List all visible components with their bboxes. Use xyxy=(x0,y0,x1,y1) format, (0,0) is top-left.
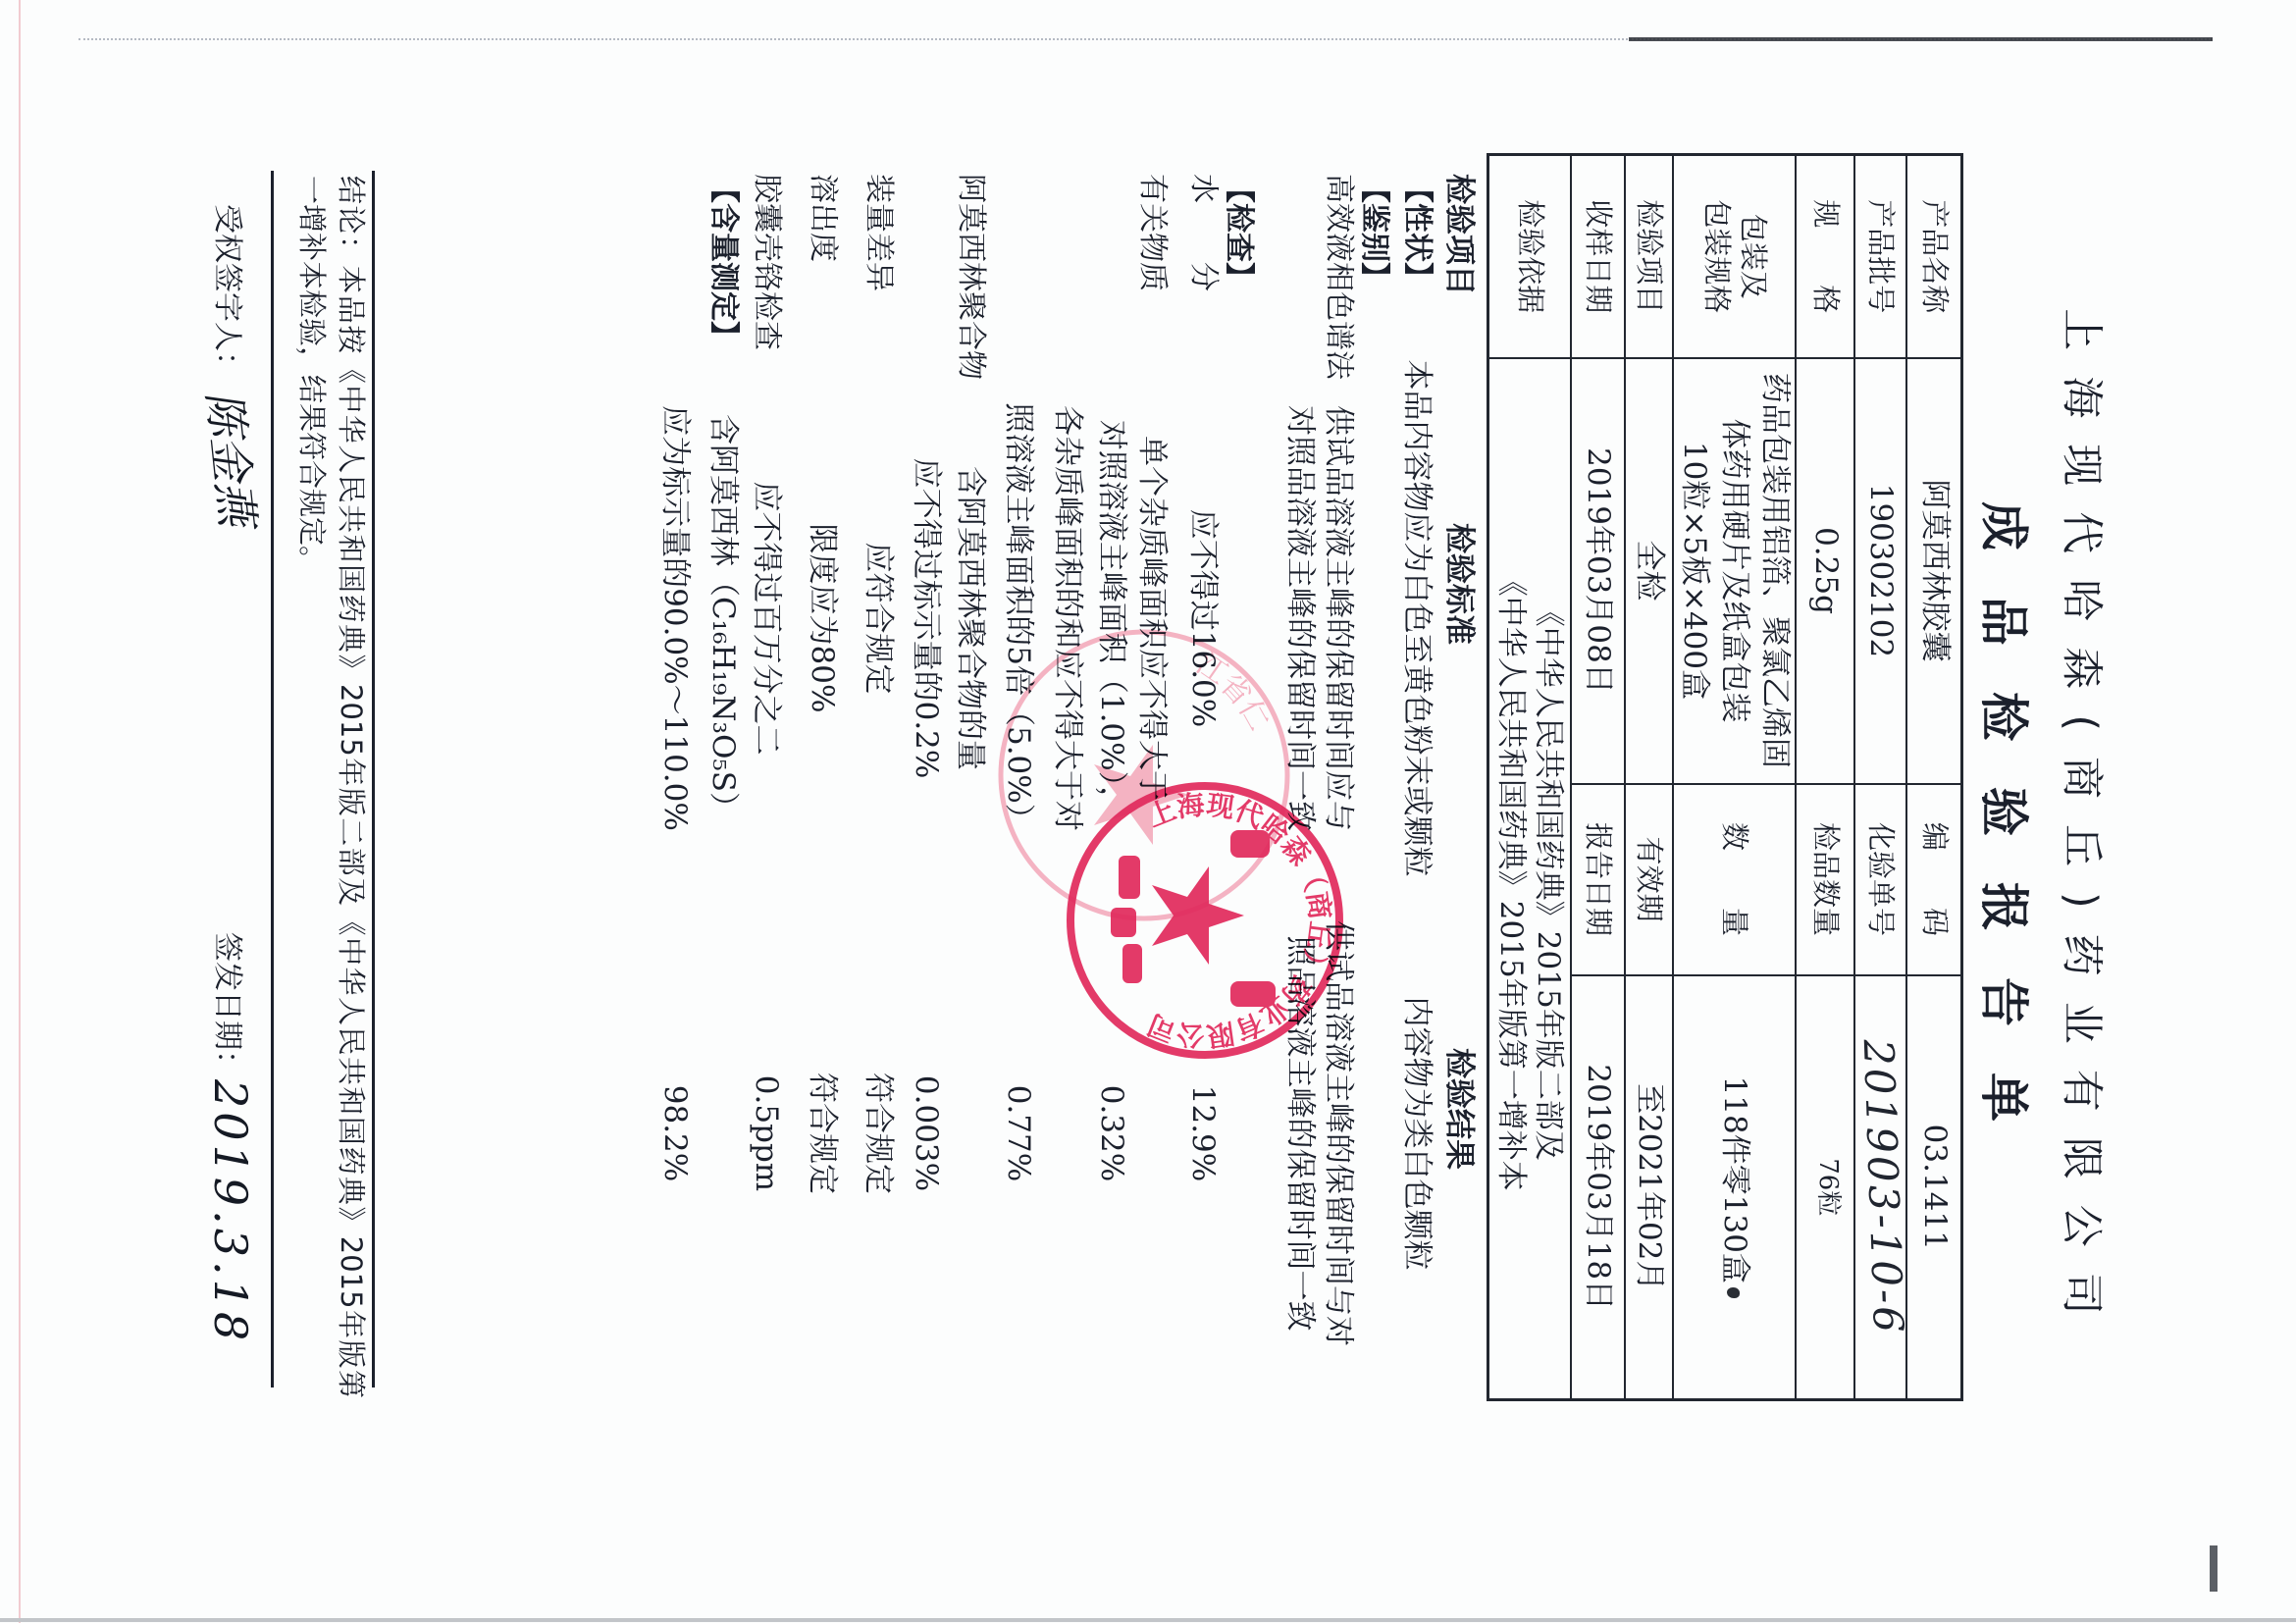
result-text: 供试品溶液主峰的保留时间与对 xyxy=(1321,913,1356,1354)
info-row-basis: 检验依据 《中华人民共和国药典》2015年版二部及 《中华人民共和国药典》201… xyxy=(1488,155,1572,1400)
label-quantity: 数 量 xyxy=(1674,784,1797,975)
value-quantity: 118件零130盒 xyxy=(1718,1076,1753,1283)
value-sample-date: 2019年03月08日 xyxy=(1572,358,1626,784)
value-batch-no: 190302102 xyxy=(1855,358,1907,784)
standard-text: 应不得过16.0% xyxy=(1185,353,1221,883)
inspection-line: 胶囊壳铬检查 应不得过百万分之二 0.5ppm xyxy=(749,0,784,1623)
info-row-packaging: 包装及 包装规格 药品包装用铝箔、聚氯乙烯固 体药用硬片及纸盒包装 10粒×5板… xyxy=(1674,155,1797,1400)
standard-text: 含阿莫西林聚合物的量 xyxy=(953,353,988,883)
label-sample-date: 收样日期 xyxy=(1572,155,1626,358)
label-product-name: 产品名称 xyxy=(1907,155,1962,358)
conclusion-rule-top xyxy=(372,171,375,1387)
inspection-line: 各杂质峰面积的和应不得大于对 xyxy=(1050,0,1085,1623)
result-text: 符合规定 xyxy=(861,913,896,1354)
item-hplc: 高效液相色谱法 xyxy=(1321,174,1356,380)
value-packaging: 药品包装用铝箔、聚氯乙烯固 体药用硬片及纸盒包装 10粒×5板×400盒 xyxy=(1674,358,1797,784)
standard-text: 本品内容物应为白色至黄色粉末或颗粒 xyxy=(1399,353,1435,883)
label-batch-no: 产品批号 xyxy=(1855,155,1907,358)
inspection-line: 应为标示量的90.0%～110.0% 98.2% xyxy=(657,0,693,1623)
info-row-spec: 规 格 0.25g 检品数量 76粒 xyxy=(1797,155,1855,1400)
result-text: 0.003% xyxy=(909,913,944,1354)
item-appearance: 【性状】 xyxy=(1399,174,1435,291)
product-info-table: 产品名称 阿莫西林胶囊 编 码 03.1411 产品批号 190302102 化… xyxy=(1487,153,1963,1401)
standard-text: 应符合规定 xyxy=(861,353,896,883)
label-basis: 检验依据 xyxy=(1488,155,1572,358)
result-text: 内容物为类白色颗粒 xyxy=(1399,913,1435,1354)
item-fill-variation: 装量差异 xyxy=(861,174,896,291)
header-result: 检验结果 xyxy=(1441,1048,1477,1170)
standard-text: 照溶液主峰面积的5倍（5.0%） xyxy=(1001,353,1036,883)
result-text: 0.77% xyxy=(1001,913,1036,1354)
conclusion-rule-bottom xyxy=(271,171,274,1387)
standard-text: 各杂质峰面积的和应不得大于对 xyxy=(1050,353,1085,883)
company-name: 上海现代哈森(商丘)药业有限公司 xyxy=(2059,0,2104,1623)
inspection-line: 【检查】 xyxy=(1221,0,1256,1623)
inspection-line: 应不得过标示量的0.2% 0.003% xyxy=(909,0,944,1623)
inspection-line: 装量差异 应符合规定 符合规定 xyxy=(861,0,896,1623)
result-text: 12.9% xyxy=(1185,913,1221,1354)
issue-date-label: 签发日期： xyxy=(209,932,244,1079)
inspection-line: 照溶液主峰面积的5倍（5.0%） 0.77% xyxy=(1001,0,1036,1623)
header-standard: 检验标准 xyxy=(1441,523,1477,645)
info-row-batch: 产品批号 190302102 化验单号 201903-10-6 xyxy=(1855,155,1907,1400)
label-packaging-line: 包装规格 xyxy=(1698,156,1735,357)
label-expiry: 有效期 xyxy=(1626,784,1674,975)
inspection-report-document: 上海现代哈森(商丘)药业有限公司 成品检验报告单 产品名称 阿莫西林胶囊 编 码… xyxy=(0,0,2296,1623)
label-test-items: 检验项目 xyxy=(1626,155,1674,358)
info-row-product-name: 产品名称 阿莫西林胶囊 编 码 03.1411 xyxy=(1907,155,1962,1400)
inspection-line: 【含量测定】 含阿莫西林（C₁₆H₁₉N₃O₅S） xyxy=(705,0,741,1623)
standard-text: 限度应为80% xyxy=(805,353,840,883)
value-expiry: 至2021年02月 xyxy=(1626,975,1674,1400)
value-lab-no-cell: 201903-10-6 xyxy=(1855,975,1907,1400)
conclusion-line: 一增补本检验，结果符合规定。 xyxy=(294,176,330,1398)
item-assay: 【含量测定】 xyxy=(705,174,741,350)
item-dissolution: 溶出度 xyxy=(805,174,840,262)
value-product-name: 阿莫西林胶囊 xyxy=(1907,358,1962,784)
header-item: 检验项目 xyxy=(1441,174,1477,295)
value-packaging-line: 体药用硬片及纸盒包装 xyxy=(1715,359,1755,783)
inspection-line: 阿莫西林聚合物 含阿莫西林聚合物的量 xyxy=(953,0,988,1623)
standard-text: 含阿莫西林（C₁₆H₁₉N₃O₅S） xyxy=(705,353,741,883)
label-report-date: 报告日期 xyxy=(1572,784,1626,975)
report-title: 成品检验报告单 xyxy=(1977,0,2030,1623)
info-row-test-items: 检验项目 全检 有效期 至2021年02月 xyxy=(1626,155,1674,1400)
inspection-line: 高效液相色谱法 供试品溶液主峰的保留时间应与 供试品溶液主峰的保留时间与对 xyxy=(1321,0,1356,1623)
item-amoxicillin-polymer: 阿莫西林聚合物 xyxy=(953,174,988,380)
standard-text: 应不得过百万分之二 xyxy=(749,353,784,883)
inspection-line: 对照溶液主峰面积（1.0%）， 0.32% xyxy=(1094,0,1129,1623)
conclusion-line: 结论：本品按《中华人民共和国药典》2015年版二部及《中华人民共和国药典》201… xyxy=(334,176,369,1398)
value-quantity-cell: 118件零130盒 xyxy=(1674,975,1797,1400)
ink-blot-mark xyxy=(1728,1287,1741,1298)
label-lab-no: 化验单号 xyxy=(1855,784,1907,975)
standard-text: 单个杂质峰面积应不得大于 xyxy=(1134,353,1170,883)
item-water: 水 分 xyxy=(1185,174,1221,291)
signature: 陈金燕 xyxy=(199,389,262,528)
issue-date-handwritten: 2019.3.18 xyxy=(206,1079,255,1344)
label-packaging: 包装及 包装规格 xyxy=(1674,155,1797,358)
value-lab-no-handwritten: 201903-10-6 xyxy=(1858,1038,1909,1335)
result-text: 0.32% xyxy=(1094,913,1129,1354)
inspection-line: 溶出度 限度应为80% 符合规定 xyxy=(805,0,840,1623)
signer-label: 受权签字人： xyxy=(209,204,244,381)
result-text: 0.5ppm xyxy=(749,913,784,1354)
result-text: 照品溶液主峰的保留时间一致 xyxy=(1282,913,1318,1354)
label-spec: 规 格 xyxy=(1797,155,1855,358)
label-packaging-line: 包装及 xyxy=(1735,156,1771,357)
standard-text: 应不得过标示量的0.2% xyxy=(909,353,944,883)
item-tests-section: 【检查】 xyxy=(1221,174,1256,291)
value-test-items: 全检 xyxy=(1626,358,1674,784)
value-basis-line: 《中华人民共和国药典》2015年版第一增补本 xyxy=(1492,359,1530,1399)
result-text: 符合规定 xyxy=(805,913,840,1354)
label-code: 编 码 xyxy=(1907,784,1962,975)
info-row-dates: 收样日期 2019年03月08日 报告日期 2019年03月18日 xyxy=(1572,155,1626,1400)
item-capsule-chromium: 胶囊壳铬检查 xyxy=(749,174,784,350)
standard-text: 应为标示量的90.0%～110.0% xyxy=(657,353,693,883)
value-basis: 《中华人民共和国药典》2015年版二部及 《中华人民共和国药典》2015年版第一… xyxy=(1488,358,1572,1400)
inspection-line: 【性状】 本品内容物应为白色至黄色粉末或颗粒 内容物为类白色颗粒 xyxy=(1399,0,1435,1623)
standard-text: 对照溶液主峰面积（1.0%）， xyxy=(1094,353,1129,883)
value-packaging-line: 10粒×5板×400盒 xyxy=(1675,359,1715,783)
value-report-date: 2019年03月18日 xyxy=(1572,975,1626,1400)
value-spec: 0.25g xyxy=(1797,358,1855,784)
result-text: 98.2% xyxy=(657,913,693,1354)
standard-text: 对照品溶液主峰的保留时间一致 xyxy=(1282,353,1318,883)
inspection-header: 检验项目 检验标准 检验结果 xyxy=(1441,0,1477,1623)
value-basis-line: 《中华人民共和国药典》2015年版二部及 xyxy=(1530,359,1567,1399)
inspection-line: 【鉴别】 xyxy=(1356,0,1391,1623)
item-identification: 【鉴别】 xyxy=(1356,174,1391,291)
inspection-line: 对照品溶液主峰的保留时间一致 照品溶液主峰的保留时间一致 xyxy=(1282,0,1318,1623)
value-packaging-line: 药品包装用铝箔、聚氯乙烯固 xyxy=(1755,359,1796,783)
inspection-line: 水 分 应不得过16.0% 12.9% xyxy=(1185,0,1221,1623)
standard-text: 供试品溶液主峰的保留时间应与 xyxy=(1321,353,1356,883)
label-sample-qty: 检品数量 xyxy=(1797,784,1855,975)
value-sample-qty: 76粒 xyxy=(1816,1158,1840,1216)
value-sample-qty-cell: 76粒 xyxy=(1797,975,1855,1400)
inspection-line: 有关物质 单个杂质峰面积应不得大于 xyxy=(1134,0,1170,1623)
value-code: 03.1411 xyxy=(1907,975,1962,1400)
item-related-substances: 有关物质 xyxy=(1134,174,1170,291)
